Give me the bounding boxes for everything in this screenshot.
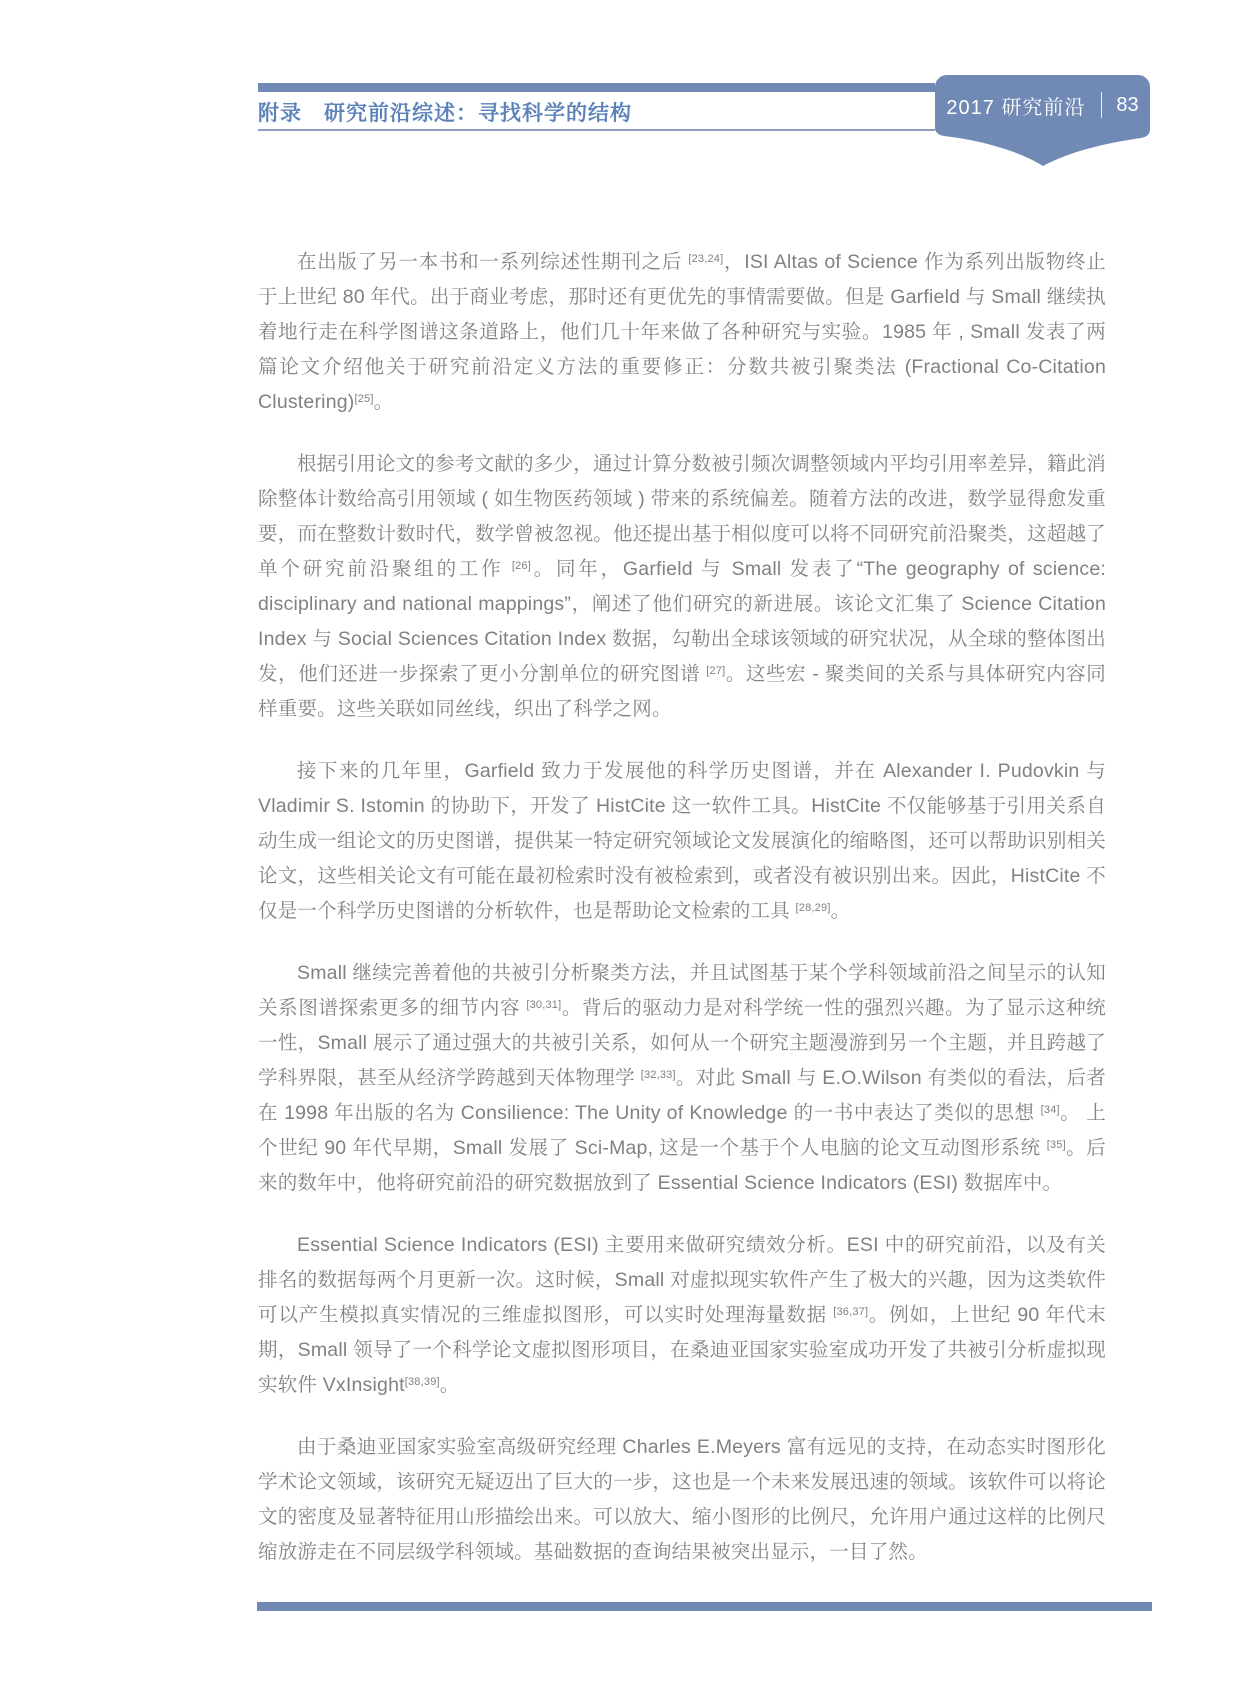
citation-ref: [25] — [354, 393, 373, 405]
citation-ref: [38,39] — [405, 1376, 440, 1388]
paragraph: 根据引用论文的参考文献的多少，通过计算分数被引频次调整领域内平均引用率差异，籍此… — [258, 447, 1106, 727]
paragraph: Small 继续完善着他的共被引分析聚类方法，并且试图基于某个学科领域前沿之间呈… — [258, 956, 1106, 1201]
citation-ref: [26] — [512, 560, 531, 572]
header-rule — [258, 129, 935, 131]
paragraph: Essential Science Indicators (ESI) 主要用来做… — [258, 1228, 1106, 1403]
paragraph: 接下来的几年里，Garfield 致力于发展他的科学历史图谱，并在 Alexan… — [258, 754, 1106, 929]
badge-divider — [1101, 92, 1102, 118]
citation-ref: [23,24] — [688, 253, 723, 265]
footer-accent-bar — [257, 1602, 1152, 1611]
article-body: 在出版了另一本书和一系列综述性期刊之后 [23,24]，ISI Altas of… — [258, 245, 1106, 1597]
citation-ref: [28,29] — [796, 902, 831, 914]
citation-ref: [30,31] — [526, 999, 561, 1011]
badge-content: 2017 研究前沿 83 — [935, 89, 1150, 121]
document-page: 附录 研究前沿综述：寻找科学的结构 2017 研究前沿 83 在出版了另一本书和… — [0, 0, 1240, 1683]
citation-ref: [34] — [1041, 1104, 1060, 1116]
citation-ref: [36,37] — [833, 1306, 868, 1318]
header-accent-bar — [258, 83, 935, 92]
section-title: 附录 研究前沿综述：寻找科学的结构 — [258, 97, 632, 127]
paragraph: 由于桑迪亚国家实验室高级研究经理 Charles E.Meyers 富有远见的支… — [258, 1430, 1106, 1570]
badge-edition-label: 2017 研究前沿 — [946, 91, 1085, 120]
edition-page-badge: 2017 研究前沿 83 — [935, 75, 1150, 170]
citation-ref: [27] — [706, 665, 725, 677]
page-number: 83 — [1116, 94, 1138, 117]
citation-ref: [35] — [1047, 1139, 1066, 1151]
citation-ref: [32,33] — [641, 1069, 676, 1081]
paragraph: 在出版了另一本书和一系列综述性期刊之后 [23,24]，ISI Altas of… — [258, 245, 1106, 420]
